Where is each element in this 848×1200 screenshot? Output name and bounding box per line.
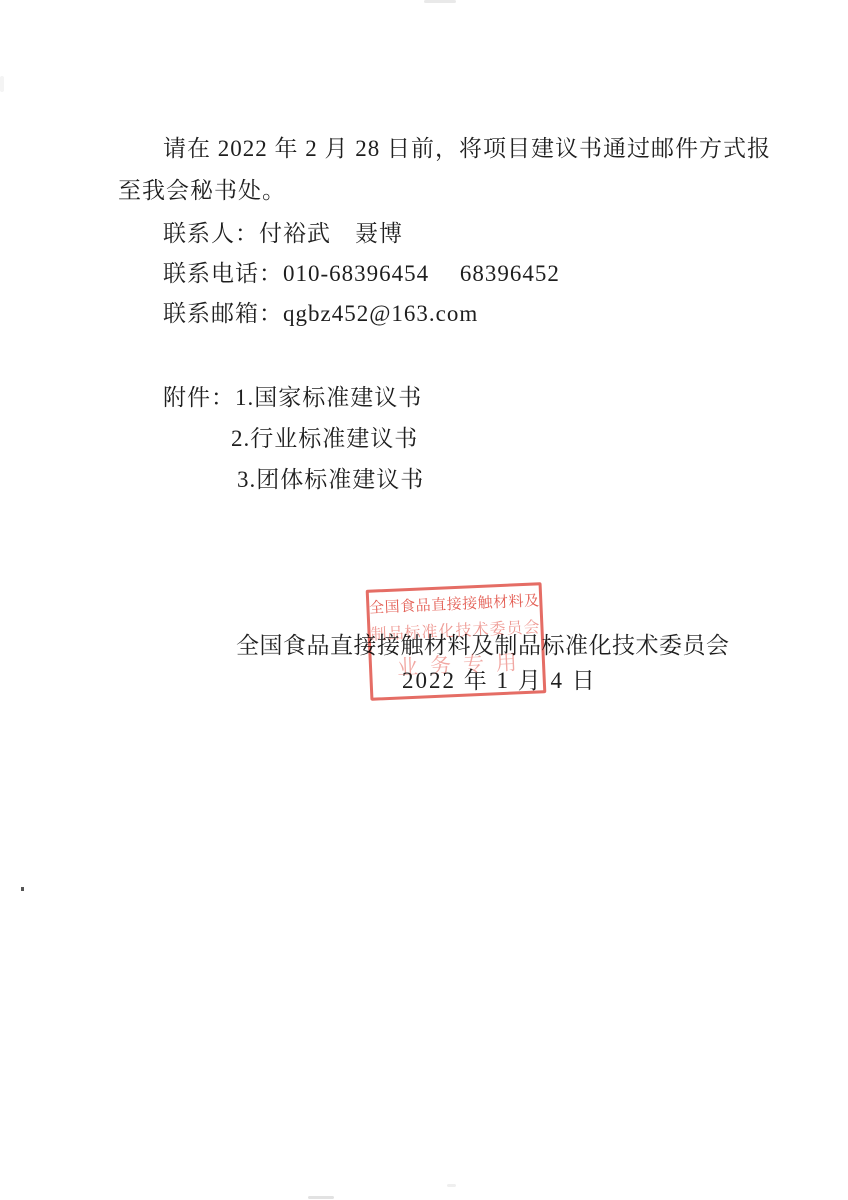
contact-email-line: 联系邮箱：qgbz452@163.com [163,299,478,329]
scan-speck [21,887,24,891]
scan-smudge-top [424,0,456,3]
paragraph-deadline-line1: 请在 2022 年 2 月 28 日前，将项目建议书通过邮件方式报 [163,134,771,164]
attachment-list-item-2: 2.行业标准建议书 [231,424,418,454]
official-red-stamp: 全国食品直接接触材料及 制品标准化技术委员会 业务专用 [366,582,547,701]
scan-smudge-left [0,76,4,92]
paragraph-deadline-line2: 至我会秘书处。 [118,176,286,206]
stamp-text-line3: 业务专用 [385,649,530,681]
attachment-list-header: 附件：1.国家标准建议书 [163,383,422,413]
contact-phone-line: 联系电话：010-68396454 68396452 [163,259,560,289]
attachment-list-item-3: 3.团体标准建议书 [237,465,424,495]
scan-smudge-bottom [308,1196,334,1199]
stamp-text-line1: 全国食品直接接触材料及 [369,590,540,619]
document-page: 请在 2022 年 2 月 28 日前，将项目建议书通过邮件方式报 至我会秘书处… [0,0,848,1200]
stamp-text-line2: 制品标准化技术委员会 [370,616,541,647]
scan-smudge-bottom [447,1184,456,1187]
contact-person-line: 联系人：付裕武 聂博 [163,219,403,249]
